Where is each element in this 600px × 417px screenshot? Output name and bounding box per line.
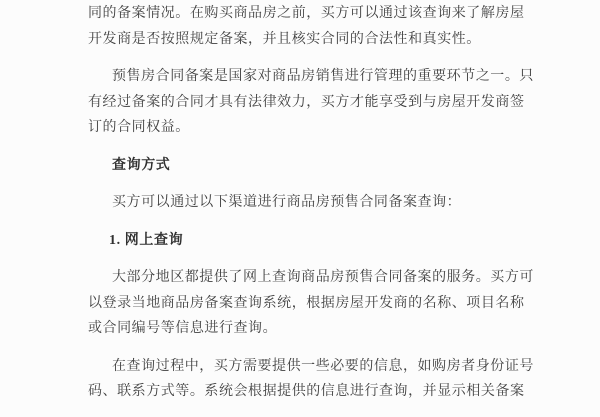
paragraph-line: 大部分地区都提供了网上查询商品房预售合同备案的服务。买方可 xyxy=(88,265,518,291)
list-heading-online-query: 1. 网上查询 xyxy=(88,228,518,254)
paragraph-line: 同的备案情况。在购买商品房之前，买方可以通过该查询来了解房屋 xyxy=(88,1,518,27)
paragraph-line: 预售房合同备案是国家对商品房销售进行管理的重要环节之一。只 xyxy=(88,64,518,90)
paragraph-query-channels: 买方可以通过以下渠道进行商品房预售合同备案查询： xyxy=(88,190,518,216)
paragraph-line: 或合同编号等信息进行查询。 xyxy=(88,316,518,342)
section-heading-query-method: 查询方式 xyxy=(88,153,518,179)
paragraph-line: 有经过备案的合同才具有法律效力，买方才能享受到与房屋开发商签 xyxy=(88,90,518,116)
paragraph-line: 在查询过程中，买方需要提供一些必要的信息，如购房者身份证号 xyxy=(88,354,518,380)
paragraph-query-required-info: 在查询过程中，买方需要提供一些必要的信息，如购房者身份证号 码、联系方式等。系统… xyxy=(88,354,518,401)
paragraph-line: 以登录当地商品房备案查询系统，根据房屋开发商的名称、项目名称 xyxy=(88,291,518,317)
paragraph-filing-importance: 预售房合同备案是国家对商品房销售进行管理的重要环节之一。只 有经过备案的合同才具… xyxy=(88,64,518,141)
paragraph-line: 订的合同权益。 xyxy=(88,115,518,141)
document-page: 同的备案情况。在购买商品房之前，买方可以通过该查询来了解房屋 开发商是否按照规定… xyxy=(88,1,518,400)
paragraph-online-query-service: 大部分地区都提供了网上查询商品房预售合同备案的服务。买方可 以登录当地商品房备案… xyxy=(88,265,518,342)
paragraph-filing-intro: 同的备案情况。在购买商品房之前，买方可以通过该查询来了解房屋 开发商是否按照规定… xyxy=(88,1,518,52)
paragraph-line: 开发商是否按照规定备案，并且核实合同的合法性和真实性。 xyxy=(88,27,518,53)
paragraph-line: 买方可以通过以下渠道进行商品房预售合同备案查询： xyxy=(88,190,518,216)
paragraph-line: 码、联系方式等。系统会根据提供的信息进行查询，并显示相关备案 xyxy=(88,379,518,400)
